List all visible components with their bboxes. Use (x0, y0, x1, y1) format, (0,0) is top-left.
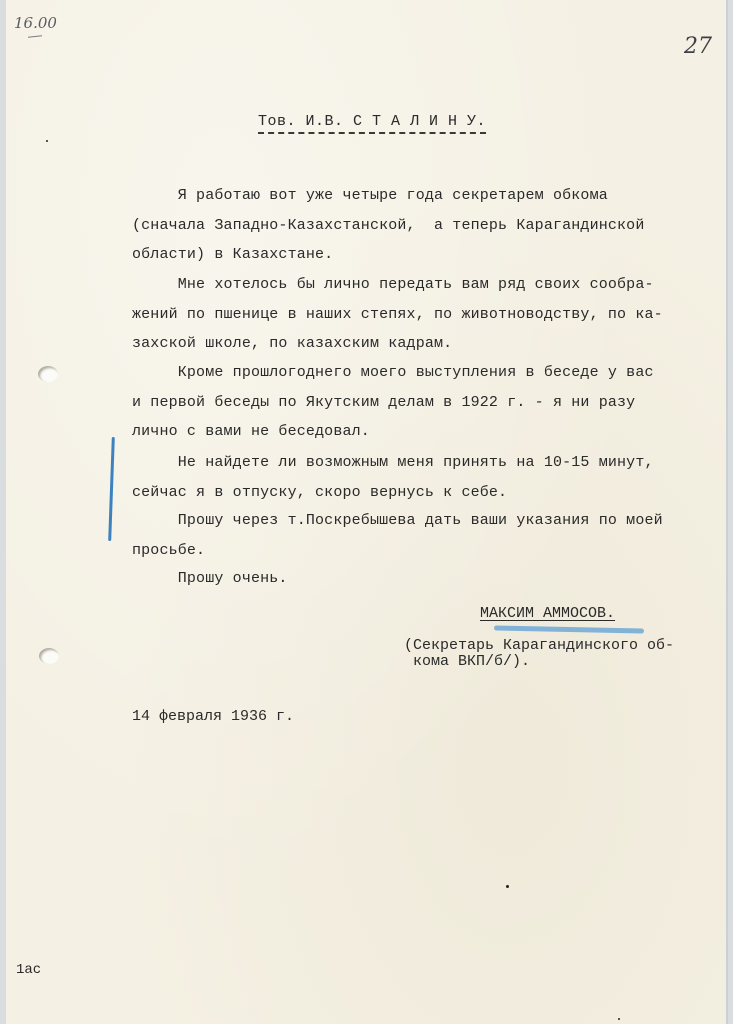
paragraph-1: Я работаю вот уже четыре года секретарем… (132, 181, 722, 270)
handwritten-reference-mark: 16.00 (14, 14, 57, 32)
paragraph-3: Кроме прошлогоднего моего выступления в … (132, 358, 722, 447)
paper-speck (46, 140, 48, 142)
handwritten-page-number: 27 (684, 34, 712, 59)
blue-pencil-margin-mark (108, 437, 115, 541)
document-date: 14 февраля 1936 г. (132, 708, 294, 725)
paragraph-2: Мне хотелось бы лично передать вам ряд с… (132, 270, 722, 359)
punch-hole (39, 648, 59, 664)
document-page: 16.00 27 Тов. И.В. С Т А Л И Н У. Я рабо… (6, 0, 728, 1024)
paragraph-6: Прошу очень. (132, 564, 722, 594)
signature-title: (Секретарь Карагандинского об- кома ВКП/… (404, 638, 674, 670)
addressee-heading: Тов. И.В. С Т А Л И Н У. (258, 113, 486, 134)
paragraph-4: Не найдете ли возможным меня принять на … (132, 448, 722, 507)
paragraph-5: Прошу через т.Поскребышева дать ваши ука… (132, 506, 722, 565)
archive-code: 1ас (16, 962, 41, 978)
paper-speck (618, 1018, 620, 1020)
punch-hole (38, 366, 58, 382)
paper-speck (506, 885, 509, 888)
blue-pencil-underline (494, 625, 644, 633)
signature-name: МАКСИМ АММОСОВ. (480, 605, 615, 622)
